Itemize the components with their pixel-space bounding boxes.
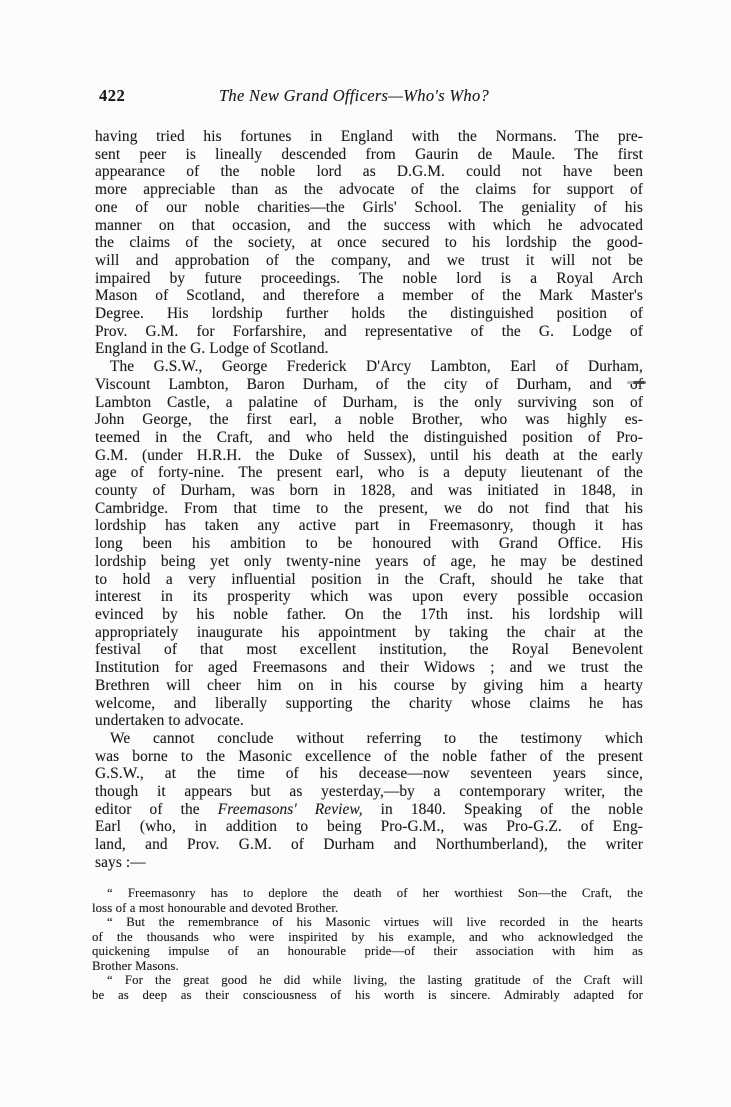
text-line: lordship being yet only twenty-nine year… [95, 553, 643, 571]
text-line: Viscount Lambton, Baron Durham, of the c… [95, 376, 643, 394]
text-line: lordship has taken any active part in Fr… [95, 517, 643, 535]
scanned-book-page: 422 The New Grand Officers—Who's Who? ha… [0, 0, 731, 1107]
page-number: 422 [99, 86, 125, 106]
text-line: quickening impulse of an honourable prid… [92, 944, 643, 959]
text-line: evinced by his noble father. On the 17th… [95, 606, 643, 624]
text-line: loss of a most honourable and devoted Br… [92, 901, 643, 916]
text-line: one of our noble charities—the Girls' Sc… [95, 199, 643, 217]
paragraph-2: The G.S.W., George Frederick D'Arcy Lamb… [95, 358, 643, 730]
text-line: though it appears but as yesterday,—by a… [95, 783, 643, 801]
text-line: Degree. His lordship further holds the d… [95, 305, 643, 323]
text-line: was borne to the Masonic excellence of t… [95, 748, 643, 766]
quote-paragraph-1: “ Freemasonry has to deplore the death o… [92, 886, 643, 915]
text-line: will and approbation of the company, and… [95, 252, 643, 270]
text-line: England in the G. Lodge of Scotland. [95, 340, 643, 358]
text-line: interest in its prosperity which was upo… [95, 588, 643, 606]
text-line: be as deep as their consciousness of his… [92, 988, 643, 1003]
text-line: “ But the remembrance of his Masonic vir… [92, 915, 643, 930]
text-line: Earl (who, in addition to being Pro-G.M.… [95, 818, 643, 836]
text-line: county of Durham, was born in 1828, and … [95, 482, 643, 500]
text-line: having tried his fortunes in England wit… [95, 128, 643, 146]
text-line: of the thousands who were inspirited by … [92, 930, 643, 945]
text-line: John George, the first earl, a noble Bro… [95, 411, 643, 429]
text-line: long been his ambition to be honoured wi… [95, 535, 643, 553]
text-line: more appreciable than as the advocate of… [95, 181, 643, 199]
text-line: festival of that most excellent institut… [95, 641, 643, 659]
quote-paragraph-2: “ But the remembrance of his Masonic vir… [92, 915, 643, 973]
text-line: The G.S.W., George Frederick D'Arcy Lamb… [95, 358, 643, 376]
text-line-with-italic: editor of the Freemasons' Review, in 184… [95, 801, 643, 819]
margin-pencil-mark [627, 381, 646, 384]
text-line: Institution for aged Freemasons and thei… [95, 659, 643, 677]
paragraph-3: We cannot conclude without referring to … [95, 730, 643, 872]
text-line: Mason of Scotland, and therefore a membe… [95, 287, 643, 305]
text-line: the claims of the society, at once secur… [95, 234, 643, 252]
text-line: age of forty-nine. The present earl, who… [95, 464, 643, 482]
text-segment: editor of the [95, 801, 218, 818]
running-title: The New Grand Officers—Who's Who? [135, 86, 573, 106]
text-line: undertaken to advocate. [95, 712, 643, 730]
text-line: Prov. G.M. for Forfarshire, and represen… [95, 323, 643, 341]
text-line: Brother Masons. [92, 959, 643, 974]
text-line: impaired by future proceedings. The nobl… [95, 270, 643, 288]
text-line: appearance of the noble lord as D.G.M. c… [95, 163, 643, 181]
page-header: 422 The New Grand Officers—Who's Who? [95, 86, 643, 108]
text-line: “ Freemasonry has to deplore the death o… [92, 886, 643, 901]
text-line: Brethren will cheer him on in his course… [95, 677, 643, 695]
text-segment: in 1840. Speaking of the noble [363, 801, 643, 818]
text-line: manner on that occasion, and the success… [95, 217, 643, 235]
text-line: land, and Prov. G.M. of Durham and North… [95, 836, 643, 854]
text-line: “ For the great good he did while living… [92, 973, 643, 988]
quoted-excerpt: “ Freemasonry has to deplore the death o… [92, 886, 643, 1002]
text-line: welcome, and liberally supporting the ch… [95, 695, 643, 713]
text-line: teemed in the Craft, and who held the di… [95, 429, 643, 447]
text-line: We cannot conclude without referring to … [95, 730, 643, 748]
text-line: sent peer is lineally descended from Gau… [95, 146, 643, 164]
text-line: to hold a very influential position in t… [95, 571, 643, 589]
text-line: Lambton Castle, a palatine of Durham, is… [95, 394, 643, 412]
text-line: G.M. (under H.R.H. the Duke of Sussex), … [95, 447, 643, 465]
paragraph-1: having tried his fortunes in England wit… [95, 128, 643, 358]
text-line: appropriately inaugurate his appointment… [95, 624, 643, 642]
text-line: G.S.W., at the time of his decease—now s… [95, 765, 643, 783]
quote-paragraph-3: “ For the great good he did while living… [92, 973, 643, 1002]
body-text: having tried his fortunes in England wit… [95, 128, 643, 872]
text-line: says :— [95, 854, 643, 872]
italic-title-freemasons-review: Freemasons' Review, [218, 801, 363, 818]
text-line: Cambridge. From that time to the present… [95, 500, 643, 518]
